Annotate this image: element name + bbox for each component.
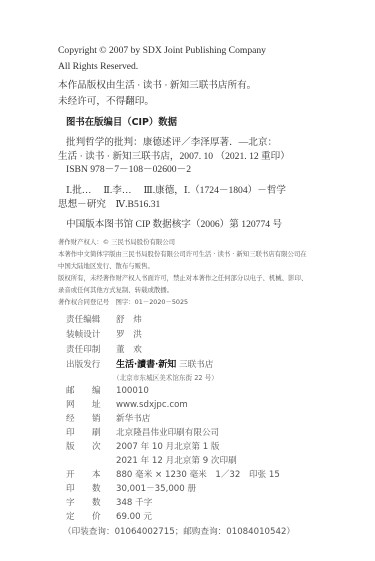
publisher-name: 三联书店 bbox=[179, 360, 213, 370]
detail-printer: 印刷北京隆昌伟业印刷有限公司 bbox=[66, 426, 219, 438]
publisher-address: （北京市东城区美术馆东街 22 号） bbox=[113, 372, 218, 382]
rights-reserved: All Rights Reserved. bbox=[58, 61, 138, 72]
cip-title: 图书在版编目（CIP）数据 bbox=[66, 114, 177, 128]
credit-key: 责任编辑 bbox=[66, 313, 116, 325]
credit-key: 责任印制 bbox=[66, 343, 116, 355]
detail-website: 网址www.sdxjpc.com bbox=[66, 398, 188, 410]
contract-registration: 著作权合同登记号 图字：01－2020－5025 bbox=[58, 297, 188, 306]
detail-print-count: 印数30,001－35,000 册 bbox=[66, 482, 196, 494]
credit-value: 罗 洪 bbox=[116, 330, 142, 340]
credit-editor: 责任编辑舒 炜 bbox=[66, 313, 142, 325]
detail-format: 开本880 毫米 × 1230 毫米 1／32 印张 15 bbox=[66, 468, 280, 480]
rights-prohibition-cont: 录音或任何其他方式复制、转载或散播。 bbox=[58, 285, 173, 294]
rights-prohibition: 版权所有，未经著作财产权人书面许可，禁止对本著作之任何部分以电子、机械、影印、 bbox=[58, 273, 307, 282]
detail-edition: 版次2007 年 10 月北京第 1 版 bbox=[66, 440, 220, 452]
rights-owner: 著作财产权人：© 三民书局股份有限公司 bbox=[58, 237, 175, 246]
no-reprint-notice: 未经许可，不得翻印。 bbox=[58, 93, 154, 107]
publisher-brand-logo: 生活·讀書·新知 bbox=[116, 360, 176, 370]
credit-designer: 装帧设计罗 洪 bbox=[66, 328, 142, 340]
credit-publisher: 出版发行生活·讀書·新知 三联书店 bbox=[66, 357, 213, 370]
cip-entry-line1: 批判哲学的批判：康德述评／李泽厚著．—北京： bbox=[66, 134, 277, 148]
copyright-owner: 本作品版权由生活 · 读书 · 新知三联书店所有。 bbox=[58, 77, 256, 91]
cip-class-line2: 思想－研究 Ⅳ.B516.31 bbox=[58, 196, 160, 210]
credit-value: 舒 炜 bbox=[116, 315, 142, 325]
detail-postcode: 邮编100010 bbox=[66, 384, 149, 396]
rights-license: 本著作中文简体字版由三民书局股份有限公司许可生活 · 读书 · 新知三联书店有限… bbox=[58, 249, 307, 258]
cip-entry-line2: 生活 · 读书 · 新知三联书店，2007. 10 （2021. 12 重印） bbox=[58, 148, 290, 162]
rights-region: 中国大陆地区发行、散布与贩售。 bbox=[58, 261, 154, 270]
detail-distributor: 经销新华书店 bbox=[66, 412, 150, 424]
credit-key: 装帧设计 bbox=[66, 328, 116, 340]
inquiry-contacts: （印装查询：01064002715；邮购查询：01084010542） bbox=[63, 525, 295, 537]
credit-printing: 责任印制董 欢 bbox=[66, 343, 142, 355]
cip-verify: 中国版本图书馆 CIP 数据核字（2006）第 120774 号 bbox=[66, 216, 282, 230]
detail-printing-run: 2021 年 12 月北京第 9 次印刷 bbox=[66, 454, 237, 466]
cip-class-line1: Ⅰ.批… Ⅱ.李… Ⅲ.康德，Ⅰ.（1724－1804）－哲学 bbox=[66, 182, 286, 196]
credit-value: 董 欢 bbox=[116, 345, 142, 355]
detail-price: 定价69.00 元 bbox=[66, 510, 152, 522]
detail-word-count: 字数348 千字 bbox=[66, 496, 152, 508]
cip-isbn: ISBN 978－7－108－02600－2 bbox=[66, 161, 191, 175]
copyright-notice: Copyright © 2007 by SDX Joint Publishing… bbox=[58, 45, 266, 56]
credit-key: 出版发行 bbox=[66, 358, 116, 370]
website-link: www.sdxjpc.com bbox=[116, 400, 188, 410]
